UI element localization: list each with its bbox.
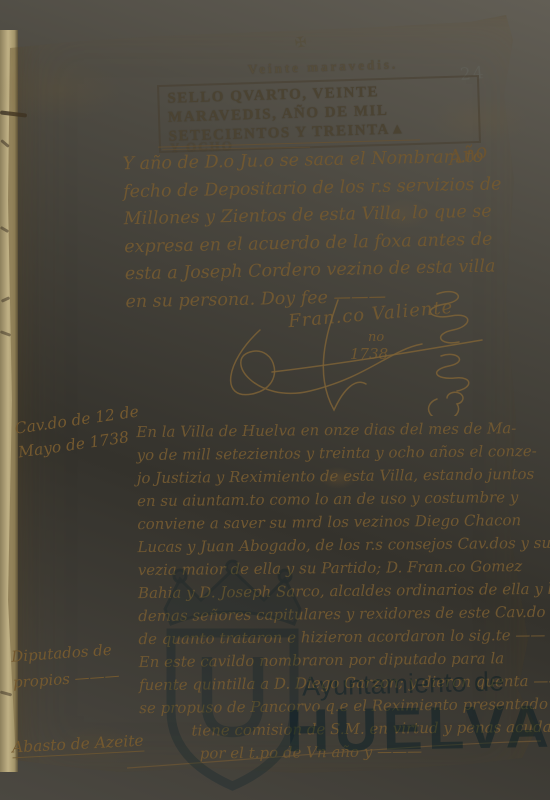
watermark-text-huelva: HUELVA [285, 692, 550, 766]
scanned-document-view: 24 ✠ Veinte maravedis. SELLO QVARTO, VEI… [0, 0, 550, 800]
signature-coil-flourish [415, 286, 490, 416]
margin-note-diputados: Diputados de propios ——— [10, 636, 120, 695]
printer-cross-ornament-icon: ✠ [294, 34, 308, 52]
